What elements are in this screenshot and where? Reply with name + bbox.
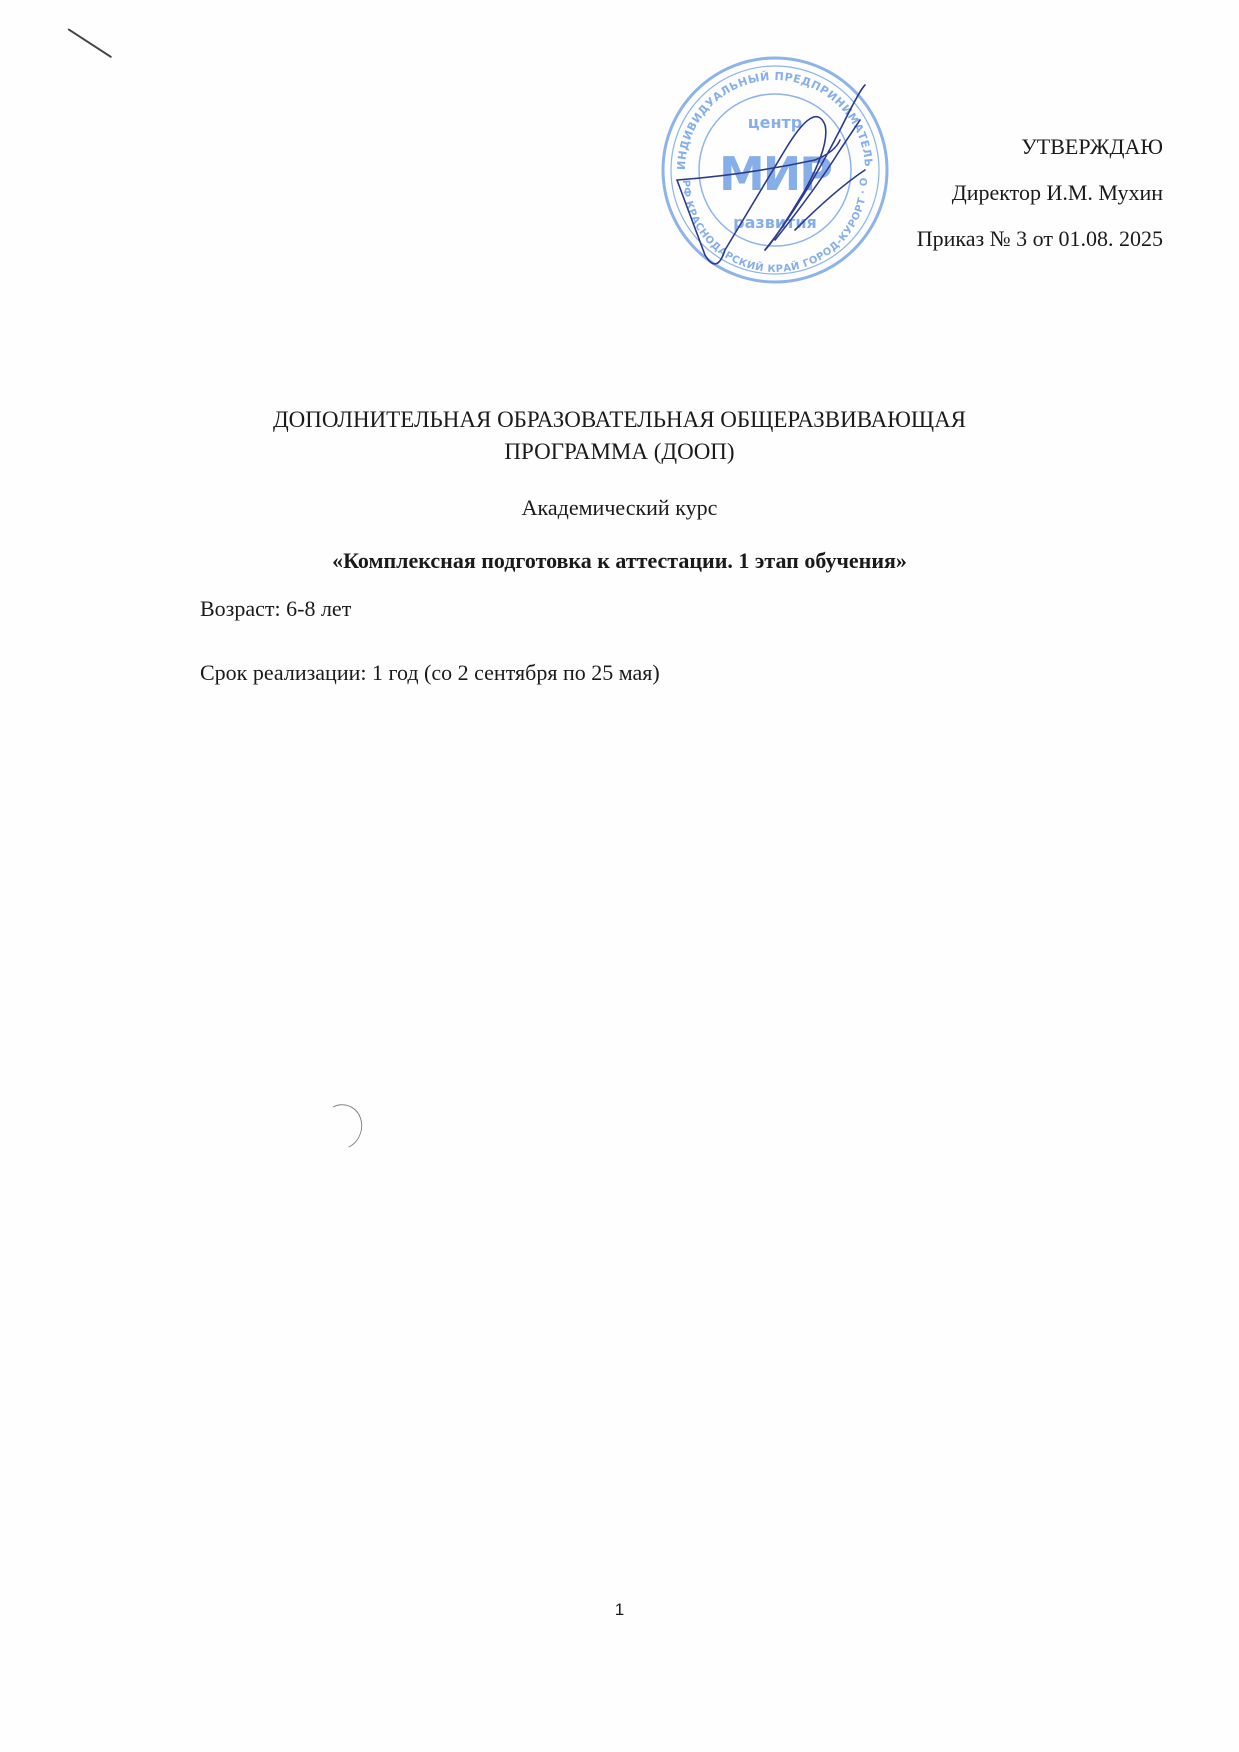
- scan-artifact-arc: [313, 1098, 368, 1156]
- approval-order: Приказ № 3 от 01.08. 2025: [917, 216, 1163, 262]
- program-title: ДОПОЛНИТЕЛЬНАЯ ОБРАЗОВАТЕЛЬНАЯ ОБЩЕРАЗВИ…: [0, 404, 1239, 468]
- page-number: 1: [0, 1600, 1239, 1620]
- document-page: ИНДИВИДУАЛЬНЫЙ ПРЕДПРИНИМАТЕЛЬ МУХИН ИВА…: [0, 0, 1239, 1752]
- program-subtitle: Академический курс: [0, 495, 1239, 521]
- approval-block: УТВЕРЖДАЮ Директор И.М. Мухин Приказ № 3…: [917, 124, 1163, 262]
- program-title-line-2: ПРОГРАММА (ДООП): [0, 436, 1239, 468]
- director-signature: [665, 80, 915, 280]
- age-info: Возраст: 6-8 лет: [200, 596, 351, 622]
- course-name: «Комплексная подготовка к аттестации. 1 …: [0, 548, 1239, 574]
- scan-artifact-line: [67, 28, 112, 58]
- program-title-line-1: ДОПОЛНИТЕЛЬНАЯ ОБРАЗОВАТЕЛЬНАЯ ОБЩЕРАЗВИ…: [0, 404, 1239, 436]
- term-info: Срок реализации: 1 год (со 2 сентября по…: [200, 660, 660, 686]
- approval-signatory: Директор И.М. Мухин: [917, 170, 1163, 216]
- approval-heading: УТВЕРЖДАЮ: [917, 124, 1163, 170]
